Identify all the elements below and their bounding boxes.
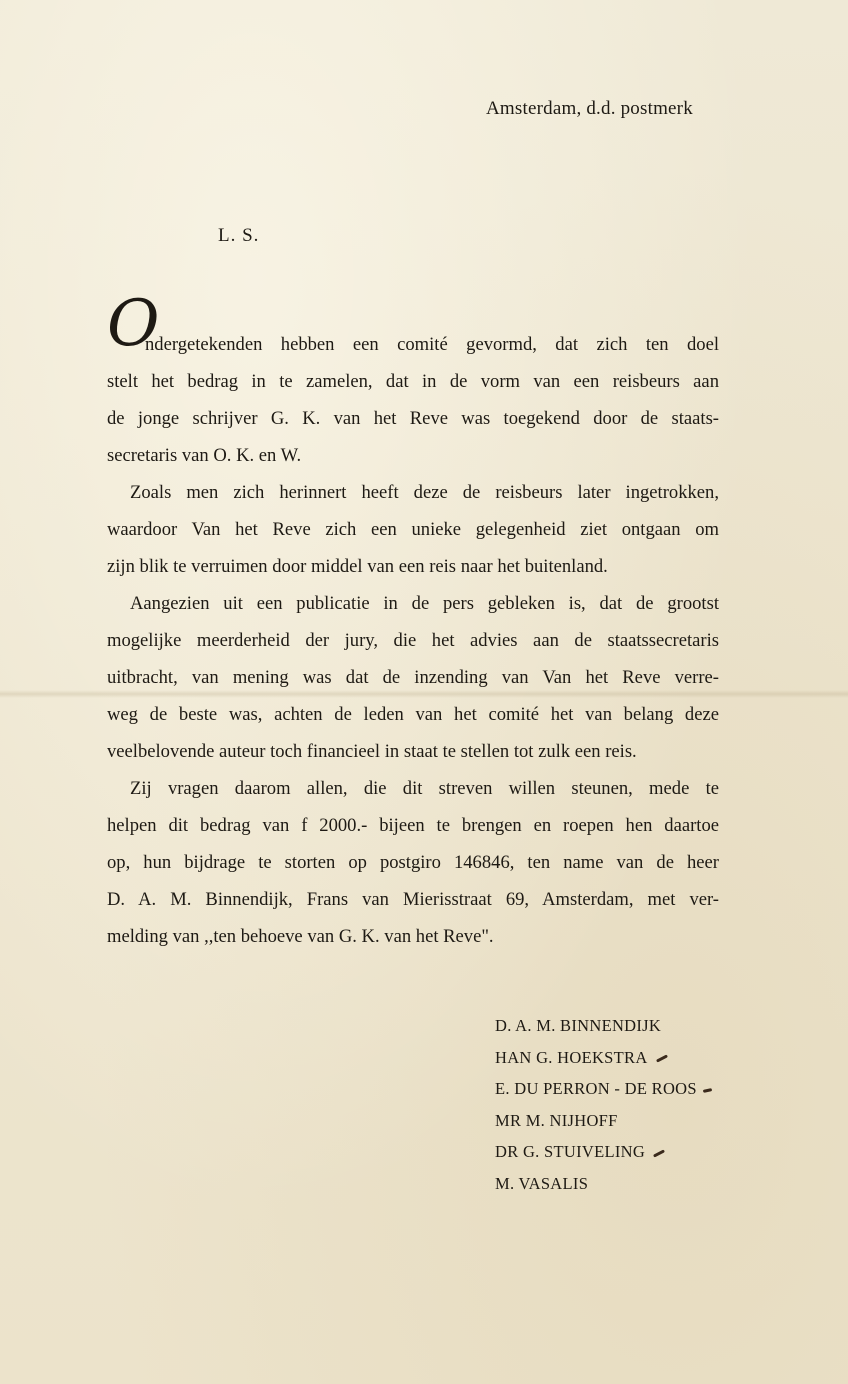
- paragraph-line: veelbelovende auteur toch financieel in …: [107, 733, 719, 770]
- place-date-line: Amsterdam, d.d. postmerk: [486, 98, 693, 120]
- signatory: M. VASALIS: [495, 1168, 712, 1200]
- pen-check-mark-icon: [703, 1088, 712, 1093]
- signatory: E. DU PERRON - DE ROOS: [495, 1073, 712, 1105]
- paragraph-line: waardoor Van het Reve zich een unieke ge…: [107, 511, 719, 548]
- drop-cap-initial: O: [107, 292, 159, 356]
- signatory-name: E. DU PERRON - DE ROOS: [495, 1079, 697, 1098]
- paragraph-line: op, hun bijdrage te storten op postgiro …: [107, 844, 719, 881]
- paragraph-line: melding van ,,ten behoeve van G. K. van …: [107, 918, 719, 955]
- paragraph-line: de jonge schrijver G. K. van het Reve wa…: [107, 400, 719, 437]
- signatory: D. A. M. BINNENDIJK: [495, 1010, 712, 1042]
- paragraph-line: zijn blik te verruimen door middel van e…: [107, 548, 719, 585]
- signatory-name: M. VASALIS: [495, 1174, 588, 1193]
- paragraph-4: Zij vragen daarom allen, die dit streven…: [107, 770, 719, 955]
- paragraph-1: O ndergetekenden hebben een comité gevor…: [107, 326, 719, 474]
- signatory: DR G. STUIVELING: [495, 1136, 712, 1168]
- signatory-list: D. A. M. BINNENDIJK HAN G. HOEKSTRA E. D…: [495, 1010, 712, 1199]
- paragraph-line: D. A. M. Binnendijk, Frans van Mierisstr…: [107, 881, 719, 918]
- signatory-name: D. A. M. BINNENDIJK: [495, 1016, 661, 1035]
- paragraph-line: Zij vragen daarom allen, die dit streven…: [107, 770, 719, 807]
- paragraph-2: Zoals men zich herinnert heeft deze de r…: [107, 474, 719, 585]
- salutation: L. S.: [218, 225, 259, 247]
- paragraph-line: helpen dit bedrag van f 2000.- bijeen te…: [107, 807, 719, 844]
- paragraph-line: uitbracht, van mening was dat de inzendi…: [107, 659, 719, 696]
- pen-check-mark-icon: [653, 1149, 665, 1157]
- signatory-name: HAN G. HOEKSTRA: [495, 1048, 648, 1067]
- pen-check-mark-icon: [656, 1055, 668, 1063]
- signatory-name: DR G. STUIVELING: [495, 1142, 645, 1161]
- signatory-name: MR M. NIJHOFF: [495, 1111, 618, 1130]
- paragraph-line: Aangezien uit een publicatie in de pers …: [107, 585, 719, 622]
- paragraph-line: stelt het bedrag in te zamelen, dat in d…: [107, 363, 719, 400]
- paragraph-line: weg de beste was, achten de leden van he…: [107, 696, 719, 733]
- paragraph-line: O ndergetekenden hebben een comité gevor…: [107, 326, 719, 363]
- paragraph-line: secretaris van O. K. en W.: [107, 437, 719, 474]
- paragraph-3: Aangezien uit een publicatie in de pers …: [107, 585, 719, 770]
- paragraph-line: mogelijke meerderheid der jury, die het …: [107, 622, 719, 659]
- letter-body: O ndergetekenden hebben een comité gevor…: [107, 296, 719, 955]
- signatory: MR M. NIJHOFF: [495, 1105, 712, 1137]
- line-text: ndergetekenden hebben een comité gevormd…: [145, 334, 719, 355]
- paragraph-line: Zoals men zich herinnert heeft deze de r…: [107, 474, 719, 511]
- signatory: HAN G. HOEKSTRA: [495, 1042, 712, 1074]
